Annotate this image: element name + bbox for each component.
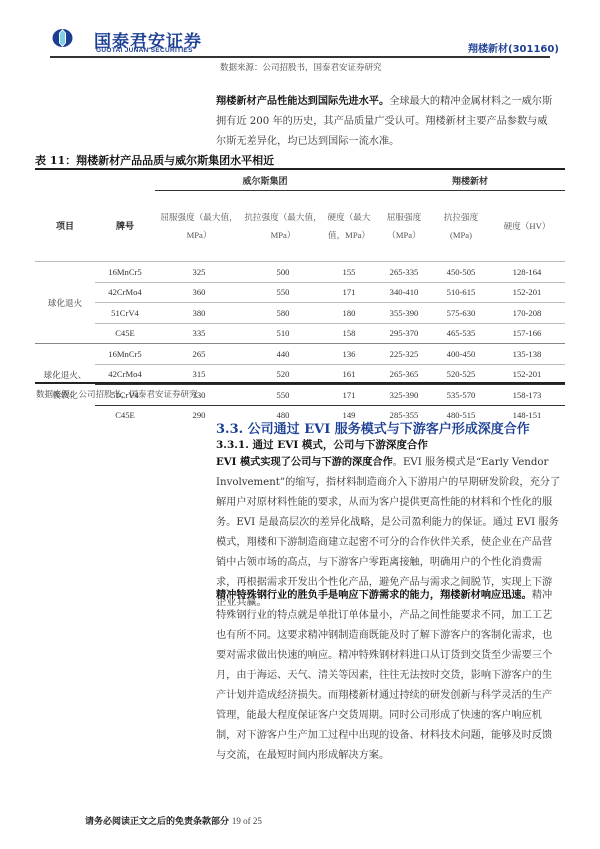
col-header: 抗拉强度（最大值，MPa） bbox=[243, 191, 323, 262]
table-source: 数据来源：公司招股书，国泰君安证券研究 bbox=[36, 388, 198, 400]
col-header: 抗拉强度(MPa) bbox=[433, 191, 489, 262]
table-row: 42CrMo4 360 550 171 340-410 510-615 152-… bbox=[35, 282, 565, 303]
table-header-row: 项目 牌号 屈服强度（最大值，MPa） 抗拉强度（最大值，MPa） 硬度（最大值… bbox=[35, 191, 565, 262]
table-row: C45E 335 510 158 295-370 465-535 157-166 bbox=[35, 323, 565, 344]
header-divider bbox=[50, 56, 550, 58]
table-cell: 440 bbox=[243, 344, 323, 365]
table-cell: 265-335 bbox=[375, 262, 433, 283]
table-cell: 170-208 bbox=[489, 303, 565, 324]
table-cell: 265 bbox=[155, 344, 243, 365]
table-cell: 325 bbox=[155, 262, 243, 283]
table-cell: 465-535 bbox=[433, 323, 489, 344]
item-cell: 球化退火 bbox=[35, 262, 95, 344]
table-cell: 575-630 bbox=[433, 303, 489, 324]
group-header-xianglou: 翔楼新材 bbox=[375, 170, 565, 191]
subsection-heading: 3.3.1. 通过 EVI 模式，公司与下游深度合作 bbox=[216, 437, 428, 452]
table-cell: 325-390 bbox=[375, 385, 433, 406]
stock-ticker: 翔楼新材(301160) bbox=[468, 40, 559, 55]
response-text: 精冲特殊钢行业的特点就是单批订单体量小，产品之间性能要求不同，加工工艺也有所不同… bbox=[216, 590, 552, 761]
table-cell: 500 bbox=[243, 262, 323, 283]
table-cell: 510 bbox=[243, 323, 323, 344]
grade-cell: C45E bbox=[95, 405, 155, 425]
col-header: 屈服强度（MPa） bbox=[375, 191, 433, 262]
data-source-top: 数据来源：公司招股书，国泰君安证券研究 bbox=[220, 61, 382, 73]
table-cell: 155 bbox=[323, 262, 375, 283]
table-cell: 158 bbox=[323, 323, 375, 344]
table-title: 表 11：翔楼新材产品品质与威尔斯集团水平相近 bbox=[35, 152, 274, 168]
table-row: 球化退火、极软化 16MnCr5 265 440 136 225-325 400… bbox=[35, 344, 565, 365]
col-header: 硬度（HV） bbox=[489, 191, 565, 262]
table-cell: 400-450 bbox=[433, 344, 489, 365]
table-cell: 225-325 bbox=[375, 344, 433, 365]
table-cell: 136 bbox=[323, 344, 375, 365]
table-cell: 360 bbox=[155, 282, 243, 303]
grade-cell: C45E bbox=[95, 323, 155, 344]
table-cell: 355-390 bbox=[375, 303, 433, 324]
page-number: 19 of 25 bbox=[232, 816, 262, 826]
table-cell: 535-570 bbox=[433, 385, 489, 406]
group-header-wells: 威尔斯集团 bbox=[155, 170, 375, 191]
response-paragraph: 精冲特殊钢行业的胜负手是响应下游需求的能力，翔楼新材响应迅速。精冲特殊钢行业的特… bbox=[216, 585, 561, 766]
table-cell: 295-370 bbox=[375, 323, 433, 344]
col-header: 项目 bbox=[35, 191, 95, 262]
evi-lead: EVI 模式实现了公司与下游的深度合作 bbox=[216, 456, 393, 468]
table-cell: 152-201 bbox=[489, 282, 565, 303]
grade-cell: 16MnCr5 bbox=[95, 262, 155, 283]
table-cell: 135-138 bbox=[489, 344, 565, 365]
table-cell: 550 bbox=[243, 385, 323, 406]
col-header: 硬度（最大值，MPa） bbox=[323, 191, 375, 262]
grade-cell: 16MnCr5 bbox=[95, 344, 155, 365]
table-cell: 158-173 bbox=[489, 385, 565, 406]
intro-lead: 翔楼新材产品性能达到国际先进水平。 bbox=[216, 95, 389, 107]
table-cell: 340-410 bbox=[375, 282, 433, 303]
table-row: 51CrV4 380 580 180 355-390 575-630 170-2… bbox=[35, 303, 565, 324]
table-cell: 580 bbox=[243, 303, 323, 324]
table-cell: 335 bbox=[155, 323, 243, 344]
intro-paragraph: 翔楼新材产品性能达到国际先进水平。全球最大的精冲金属材料之一威尔斯拥有近 200… bbox=[216, 91, 556, 152]
section-heading: 3.3. 公司通过 EVI 服务模式与下游客户形成深度合作 bbox=[216, 418, 530, 437]
brand-name-en: GUOTAI JUNAN SECURITIES bbox=[96, 47, 193, 54]
table-cell: 157-166 bbox=[489, 323, 565, 344]
response-lead: 精冲特殊钢行业的胜负手是响应下游需求的能力，翔楼新材响应迅速。 bbox=[216, 589, 532, 601]
table-bottom-rule bbox=[35, 382, 565, 384]
company-logo-icon bbox=[50, 28, 75, 48]
grade-cell: 42CrMo4 bbox=[95, 282, 155, 303]
page-footer: 请务必阅读正文之后的免责条款部分 19 of 25 bbox=[85, 814, 262, 827]
table-cell: 450-505 bbox=[433, 262, 489, 283]
quality-comparison-table: 威尔斯集团 翔楼新材 项目 牌号 屈服强度（最大值，MPa） 抗拉强度（最大值，… bbox=[35, 170, 565, 425]
disclaimer-note: 请务必阅读正文之后的免责条款部分 bbox=[85, 817, 229, 827]
item-cell: 球化退火、极软化 bbox=[35, 344, 95, 426]
table-cell: 510-615 bbox=[433, 282, 489, 303]
table-cell: 550 bbox=[243, 282, 323, 303]
col-header: 牌号 bbox=[95, 191, 155, 262]
table-cell: 171 bbox=[323, 385, 375, 406]
table-row: 球化退火 16MnCr5 325 500 155 265-335 450-505… bbox=[35, 262, 565, 283]
table-cell: 128-164 bbox=[489, 262, 565, 283]
table-cell: 180 bbox=[323, 303, 375, 324]
col-header: 屈服强度（最大值，MPa） bbox=[155, 191, 243, 262]
table-cell: 380 bbox=[155, 303, 243, 324]
grade-cell: 51CrV4 bbox=[95, 303, 155, 324]
table-cell: 171 bbox=[323, 282, 375, 303]
